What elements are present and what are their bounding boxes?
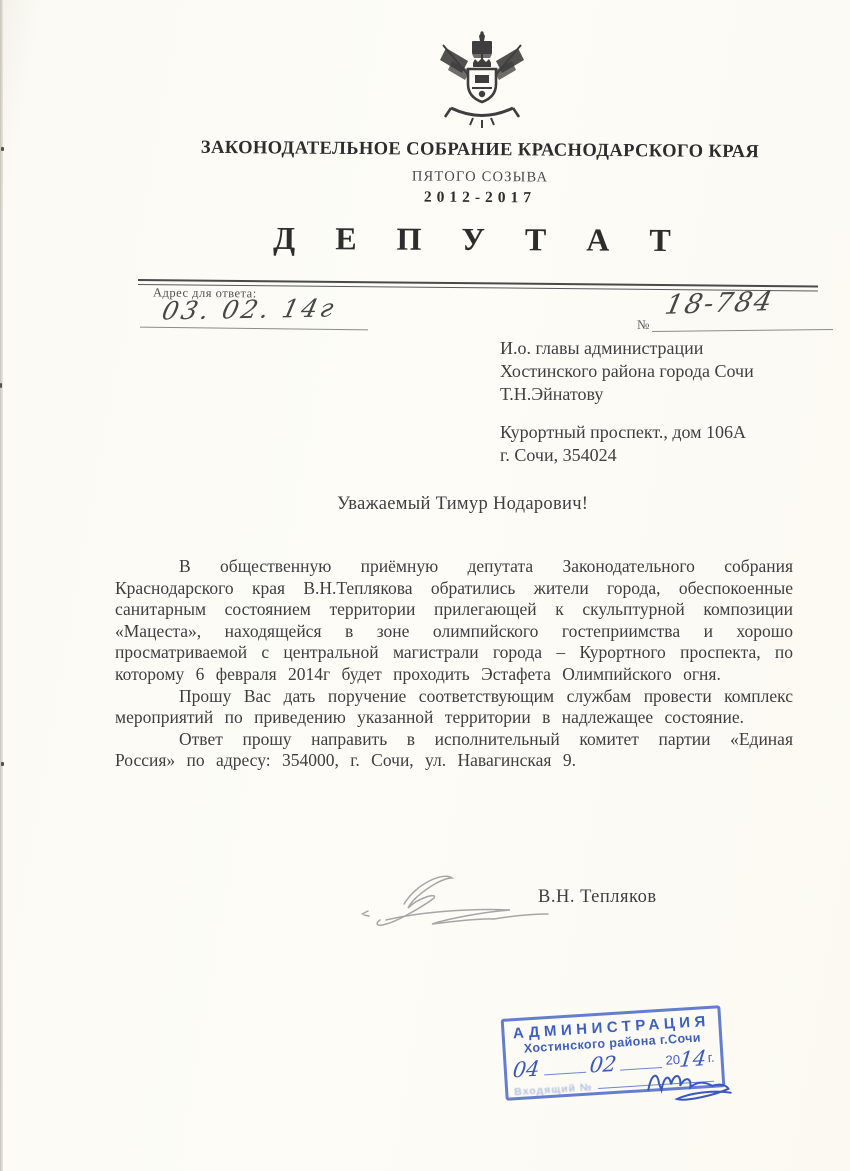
body-paragraph: В общественную приёмную депутата Законод… (115, 556, 793, 686)
deputy-title: Д Е П У Т А Т (110, 219, 850, 260)
org-title: ЗАКОНОДАТЕЛЬНОЕ СОБРАНИЕ КРАСНОДАРСКОГО … (110, 137, 850, 164)
body-paragraph: Прошу Вас дать поручение соответствующим… (115, 686, 793, 729)
scan-speck (1, 762, 4, 766)
number-label: № (637, 317, 649, 333)
signature-scribble (352, 866, 562, 940)
salutation: Уважаемый Тимур Нодарович! (337, 494, 588, 515)
stamp-initials-scribble (639, 1058, 738, 1112)
years-label: 2012-2017 (110, 186, 850, 209)
handwritten-number: 18-784 (662, 286, 777, 321)
recipient-line: Т.Н.Эйнатову (500, 383, 754, 406)
scan-speck (0, 383, 2, 388)
recipient-address-line: г. Сочи, 354024 (500, 444, 754, 467)
handwritten-date: 03. 02. 14г (159, 293, 339, 325)
date-underline (140, 327, 368, 331)
scan-edge (0, 0, 3, 1171)
stamp-date-line (543, 1062, 585, 1076)
recipient-block: И.о. главы администрации Хостинского рай… (500, 337, 754, 467)
scanned-letter-page: ЗАКОНОДАТЕЛЬНОЕ СОБРАНИЕ КРАСНОДАРСКОГО … (0, 0, 850, 1171)
recipient-line: И.о. главы администрации (500, 337, 754, 360)
number-underline (652, 329, 833, 332)
stamp-handwritten-day: 04 (512, 1059, 541, 1081)
stamp-handwritten-month: 02 (588, 1054, 617, 1076)
stamp-incoming-label: Входящий № (514, 1081, 593, 1098)
recipient-address-line: Курортный проспект., дом 106А (500, 421, 754, 444)
signature-name: В.Н. Тепляков (538, 887, 657, 908)
scan-speck (1, 147, 4, 151)
coat-of-arms-icon (438, 30, 526, 128)
recipient-line: Хостинского района города Сочи (500, 360, 754, 383)
incoming-stamp: АДМИНИСТРАЦИЯ Хостинского района г.Сочи … (501, 1005, 726, 1101)
body-paragraph: Ответ прошу направить в исполнительный к… (115, 729, 793, 772)
convocation-label: ПЯТОГО СОЗЫВА (110, 166, 850, 188)
letter-body: В общественную приёмную депутата Законод… (115, 556, 793, 772)
